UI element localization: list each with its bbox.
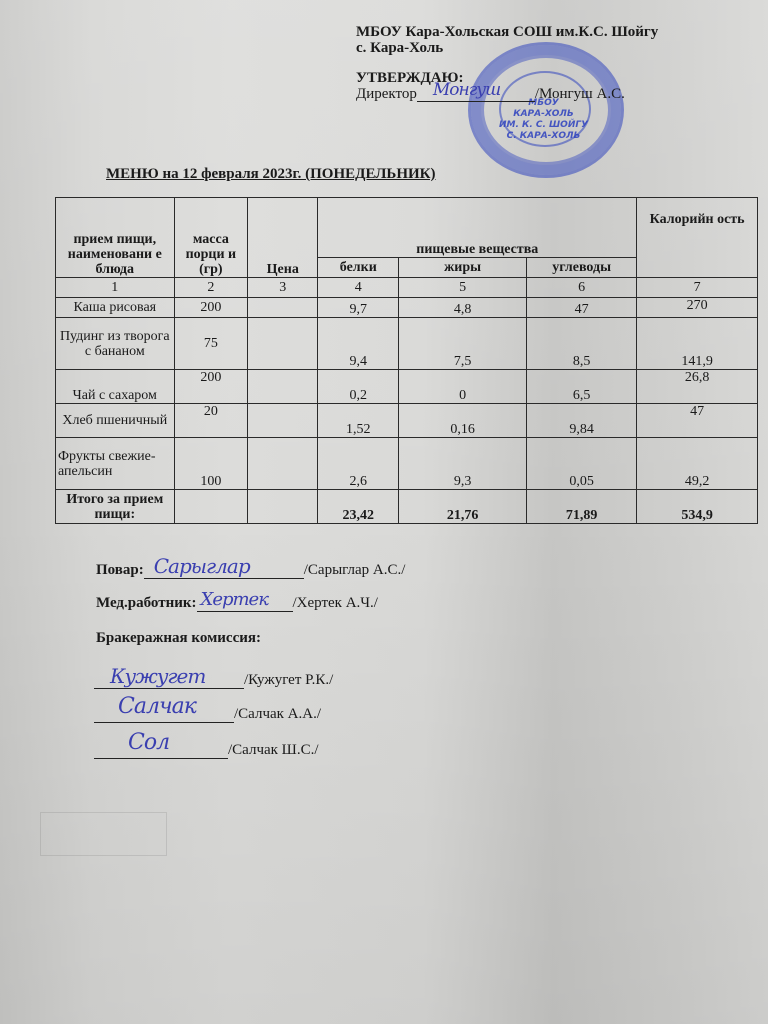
table-row: Хлеб пшеничный 20 1,52 0,16 9,84 47 [56, 404, 758, 438]
header-fat: жиры [399, 258, 527, 278]
menu-table: прием пищи, наименовани е блюда масса по… [55, 197, 758, 524]
medic-signature: Хертек [201, 589, 268, 610]
dish-carbs: 47 [527, 298, 637, 318]
dish-price [248, 370, 318, 404]
total-protein: 23,42 [318, 490, 399, 524]
member-signature: Салчак [118, 694, 196, 719]
dish-calories: 141,9 [637, 318, 758, 370]
member-name: /Салчак Ш.С./ [228, 742, 319, 759]
total-label: Итого за прием пищи: [56, 490, 175, 524]
dish-carbs: 0,05 [527, 438, 637, 490]
table-row: Пудинг из творога с бананом 75 9,4 7,5 8… [56, 318, 758, 370]
dish-carbs: 6,5 [527, 370, 637, 404]
total-mass [174, 490, 248, 524]
dish-name: Пудинг из творога с бананом [56, 318, 175, 370]
total-price [248, 490, 318, 524]
cook-name: /Сарыглар А.С./ [304, 562, 406, 579]
dish-name: Хлеб пшеничный [56, 404, 175, 438]
col-num: 3 [248, 278, 318, 298]
cook-blank: Сарыглар [144, 562, 304, 579]
total-carbs: 71,89 [527, 490, 637, 524]
stamp-text: МБОУ КАРА-ХОЛЬ ИМ. К. С. ШОЙГУ С. КАРА-Х… [476, 98, 611, 142]
stamp-line: ИМ. К. С. ШОЙГУ [476, 120, 611, 131]
table-row: Фрукты свежие- апельсин 100 2,6 9,3 0,05… [56, 438, 758, 490]
member-signature: Кужугет [110, 664, 205, 688]
director-signature-line: Монгуш [417, 86, 535, 102]
cook-label: Повар: [96, 562, 144, 579]
col-num: 7 [637, 278, 758, 298]
table-row: Каша рисовая 200 9,7 4,8 47 270 [56, 298, 758, 318]
dish-fat: 4,8 [399, 298, 527, 318]
dish-price [248, 298, 318, 318]
dish-mass: 200 [174, 370, 248, 404]
member-blank: Салчак [94, 704, 234, 723]
dish-calories: 270 [637, 298, 758, 318]
col-num: 1 [56, 278, 175, 298]
total-row: Итого за прием пищи: 23,42 21,76 71,89 5… [56, 490, 758, 524]
col-num: 6 [527, 278, 637, 298]
table-row: Чай с сахаром 200 0,2 0 6,5 26,8 [56, 370, 758, 404]
header-carbs: углеводы [527, 258, 637, 278]
header-meal: прием пищи, наименовани е блюда [56, 198, 175, 278]
total-calories: 534,9 [637, 490, 758, 524]
school-village: с. Кара-Холь [356, 40, 756, 56]
dish-mass: 20 [174, 404, 248, 438]
show-through-box [40, 812, 167, 856]
member-name: /Салчак А.А./ [234, 706, 321, 723]
commission-member: Кужугет /Кужугет Р.К./ [94, 670, 333, 689]
commission-member: Салчак /Салчак А.А./ [94, 704, 321, 723]
dish-fat: 0,16 [399, 404, 527, 438]
dish-fat: 0 [399, 370, 527, 404]
director-label: Директор [356, 86, 417, 102]
col-num: 2 [174, 278, 248, 298]
dish-protein: 2,6 [318, 438, 399, 490]
approve-label: УТВЕРЖДАЮ: [356, 70, 756, 86]
total-fat: 21,76 [399, 490, 527, 524]
dish-calories: 26,8 [637, 370, 758, 404]
col-num: 4 [318, 278, 399, 298]
dish-carbs: 8,5 [527, 318, 637, 370]
dish-protein: 1,52 [318, 404, 399, 438]
dish-carbs: 9,84 [527, 404, 637, 438]
header-calories: Калорийн ость [637, 198, 758, 278]
cook-signature: Сарыглар [154, 554, 250, 578]
member-signature: Сол [128, 730, 169, 755]
dish-price [248, 318, 318, 370]
dish-calories: 47 [637, 404, 758, 438]
header-nutrients: пищевые вещества [318, 198, 637, 258]
dish-fat: 9,3 [399, 438, 527, 490]
header-price: Цена [248, 198, 318, 278]
dish-protein: 9,4 [318, 318, 399, 370]
medic-signature-line: Мед.работник: Хертек /Хертек А.Ч./ [96, 595, 405, 612]
dish-name: Каша рисовая [56, 298, 175, 318]
page-title: МЕНЮ на 12 февраля 2023г. (ПОНЕДЕЛЬНИК) [106, 166, 436, 183]
member-blank: Сол [94, 740, 228, 759]
column-numbers-row: 1 2 3 4 5 6 7 [56, 278, 758, 298]
commission-member: Сол /Салчак Ш.С./ [94, 740, 319, 759]
signatures-block: Повар: Сарыглар /Сарыглар А.С./ Мед.рабо… [96, 562, 405, 628]
dish-protein: 9,7 [318, 298, 399, 318]
commission-label: Бракеражная комиссия: [96, 630, 261, 647]
approval-header: МБОУ Кара-Хольская СОШ им.К.С. Шойгу с. … [356, 24, 756, 102]
dish-fat: 7,5 [399, 318, 527, 370]
dish-name: Чай с сахаром [56, 370, 175, 404]
header-mass: масса порци и (гр) [174, 198, 248, 278]
member-name: /Кужугет Р.К./ [244, 672, 333, 689]
director-line: Директор Монгуш /Монгуш А.С. [356, 86, 756, 102]
dish-mass: 200 [174, 298, 248, 318]
director-name: /Монгуш А.С. [535, 86, 625, 102]
stamp-line: КАРА-ХОЛЬ [476, 109, 611, 120]
member-blank: Кужугет [94, 670, 244, 689]
medic-blank: Хертек [197, 595, 293, 612]
dish-protein: 0,2 [318, 370, 399, 404]
dish-price [248, 438, 318, 490]
medic-label: Мед.работник: [96, 595, 197, 612]
dish-mass: 75 [174, 318, 248, 370]
cook-signature-line: Повар: Сарыглар /Сарыглар А.С./ [96, 562, 405, 579]
dish-calories: 49,2 [637, 438, 758, 490]
col-num: 5 [399, 278, 527, 298]
dish-name: Фрукты свежие- апельсин [56, 438, 175, 490]
director-signature: Монгуш [433, 82, 500, 98]
header-protein: белки [318, 258, 399, 278]
dish-mass: 100 [174, 438, 248, 490]
school-name: МБОУ Кара-Хольская СОШ им.К.С. Шойгу [356, 24, 756, 40]
medic-name: /Хертек А.Ч./ [293, 595, 378, 612]
show-through-text [340, 828, 344, 844]
stamp-line: С. КАРА-ХОЛЬ [476, 131, 611, 142]
dish-price [248, 404, 318, 438]
